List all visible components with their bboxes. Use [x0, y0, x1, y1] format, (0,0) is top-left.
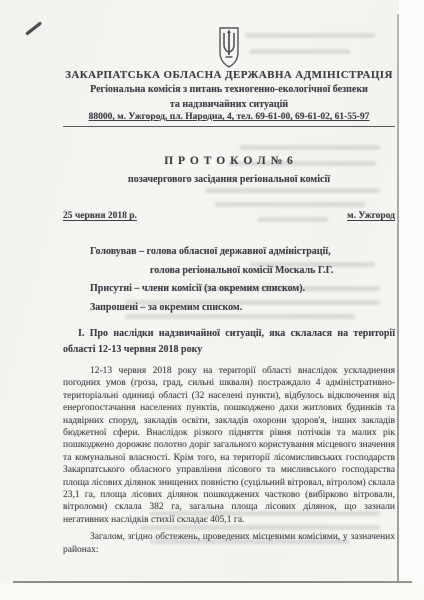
invited-line: Запрошені – за окремим списком.	[63, 299, 395, 318]
scan-background-bottom	[0, 583, 424, 600]
organization-name: ЗАКАРПАТСЬКА ОБЛАСНА ДЕРЖАВНА АДМІНІСТРА…	[63, 69, 395, 81]
document-title: П Р О Т О К О Л № 6	[63, 155, 395, 167]
bleed-through-mark	[205, 188, 380, 193]
attendance-block: Головував – голова обласної державної ад…	[63, 243, 395, 317]
chairman-line-1: Головував – голова обласної державної ад…	[63, 243, 395, 262]
document-place: м. Ужгород	[347, 211, 395, 221]
page-edge-right	[397, 14, 399, 583]
section-1-heading: І. Про наслідки надзвичайної ситуації, я…	[63, 326, 395, 358]
section-1-paragraph-1: 12-13 червня 2018 року на території обла…	[63, 365, 395, 526]
commission-name-line1: Регіональна комісія з питань техногенно-…	[63, 84, 395, 95]
scanned-document-page: ЗАКАРПАТСЬКА ОБЛАСНА ДЕРЖАВНА АДМІНІСТРА…	[0, 0, 424, 600]
pen-checkmark	[25, 21, 42, 35]
section-1-paragraph-2: Загалом, згідно обстежень, проведених мі…	[63, 531, 395, 556]
bleed-through-mark	[215, 202, 365, 207]
bleed-through-mark	[250, 49, 350, 54]
bleed-through-mark	[240, 145, 380, 150]
section-1: І. Про наслідки надзвичайної ситуації, я…	[63, 326, 395, 556]
document-subtitle: позачергового засідання регіональної ком…	[63, 174, 395, 185]
ukraine-trident-icon	[217, 26, 241, 73]
org-address-phone: 88000, м. Ужгород, пл. Народна, 4, тел. …	[63, 112, 395, 127]
page-edge-bottom	[13, 581, 412, 583]
date-place-row: 25 червня 2018 р. м. Ужгород	[63, 211, 395, 221]
scan-background-right	[399, 0, 424, 600]
chairman-line-2: голова регіональної комісії Москаль Г.Г.	[63, 262, 395, 281]
present-line: Присутні – члени комісії (за окремим спи…	[63, 280, 395, 299]
bleed-through-mark	[245, 33, 375, 38]
document-date: 25 червня 2018 р.	[63, 211, 137, 221]
commission-name-line2: та надзвичайних ситуацій	[63, 99, 395, 110]
